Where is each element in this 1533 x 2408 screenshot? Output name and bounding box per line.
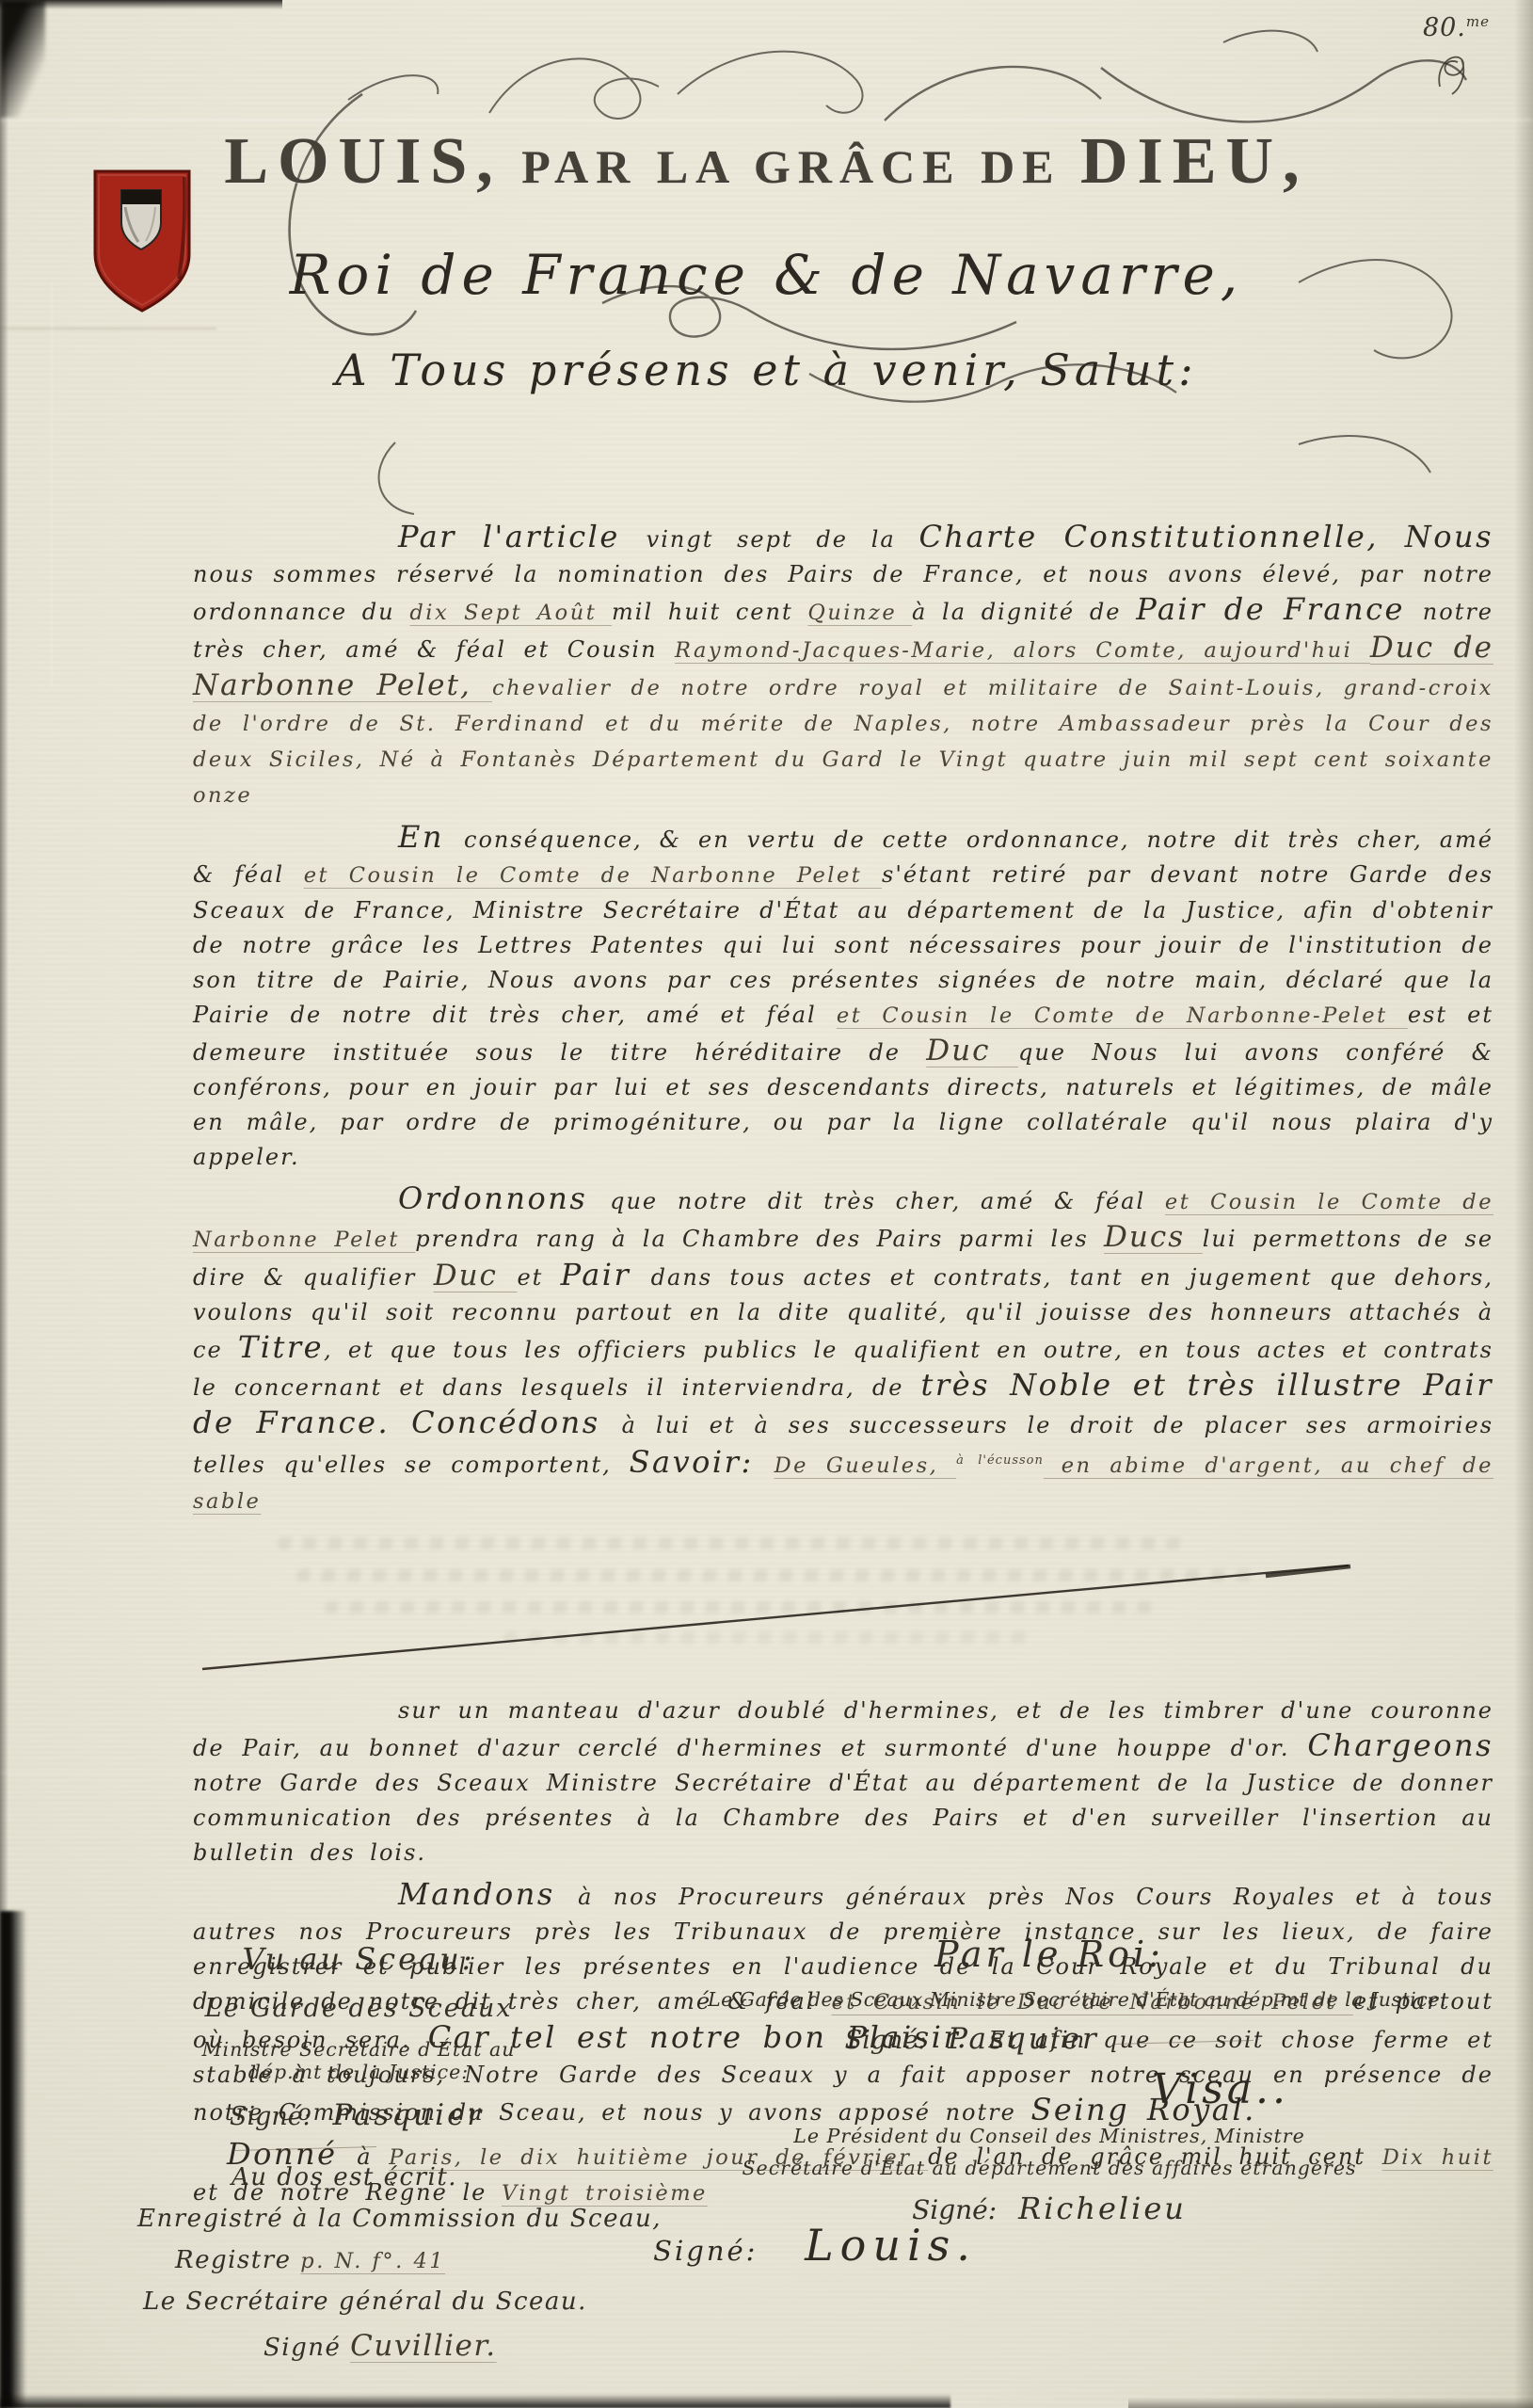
signe-label: Signé: xyxy=(230,2102,311,2131)
paragraph-manteau: sur un manteau d'azur doublé d'hermines,… xyxy=(193,1694,1493,1870)
vu-au-sceau-heading: Vu au Sceau: xyxy=(186,1941,531,1977)
paragraph-charte: Par l'article vingt sept de la Charte Co… xyxy=(193,520,1493,813)
au-dos-line: Au dos est écrit. xyxy=(120,2163,704,2191)
signature-name: Richelieu xyxy=(1018,2191,1187,2226)
signe-label: Signé: xyxy=(912,2194,997,2225)
royal-style-line: Roi de France & de Navarre, xyxy=(0,243,1533,307)
king-signature-name: Louis. xyxy=(805,2220,977,2271)
signature-flourish xyxy=(235,2146,376,2151)
king-attestation-block: Par le Roi: Le Garde des Sceaux Ministre… xyxy=(708,1934,1391,2226)
secretaire-general-line: Le Secrétaire général du Sceau. xyxy=(120,2288,704,2316)
paragraph-consequence: En conséquence, & en vertu de cette ordo… xyxy=(193,820,1493,1175)
cuvillier-signature: Signé Cuvillier. xyxy=(120,2329,704,2363)
registry-block: Au dos est écrit. Enregistré à la Commis… xyxy=(120,2163,704,2376)
garde-des-sceaux-line: Le Garde des Sceaux xyxy=(186,1994,531,2023)
president-line-2: Secrétaire d'État au département des aff… xyxy=(708,2157,1391,2179)
signature-name: Pasquier xyxy=(948,2022,1099,2056)
scan-edge-left-bottom xyxy=(0,1911,26,2408)
par-le-roi-heading: Par le Roi: xyxy=(708,1934,1391,1975)
salutation-line: A Tous présens et à venir, Salut: xyxy=(0,345,1533,395)
pasquier-signature: Signé: Pasquier xyxy=(186,2098,531,2161)
signature-flourish xyxy=(1112,2040,1254,2045)
document-header: LOUIS, PAR LA GRÂCE DE DIEU, Roi de Fran… xyxy=(0,0,1533,395)
scan-edge-bottom xyxy=(0,2394,950,2408)
signe-label: Signé: xyxy=(845,2026,927,2055)
letters-patent-document: 80.me LOUIS, PAR LA GRÂCE DE DIEU, Roi d… xyxy=(0,0,1533,2408)
enregistre-line: Enregistré à la Commission du Sceau, xyxy=(120,2205,704,2233)
president-line-1: Le Président du Conseil des Ministres, M… xyxy=(708,2125,1391,2147)
coat-of-arms-shield xyxy=(87,166,198,318)
scan-edge-bottom-right xyxy=(1128,2398,1533,2408)
pasquier-signature: Signé: Pasquier xyxy=(708,2022,1391,2056)
ministre-line: Ministre Secrétaire d'État au dép.mt de … xyxy=(186,2038,531,2083)
signature-name: Pasquier xyxy=(332,2098,484,2132)
visa-heading: Visa.. xyxy=(708,2065,1391,2113)
paragraph-ordonnons: Ordonnons que notre dit très cher, amé &… xyxy=(193,1181,1493,1519)
richelieu-signature: Signé: Richelieu xyxy=(708,2191,1391,2226)
garde-des-sceaux-ministre-line: Le Garde des Sceaux Ministre Secrétaire … xyxy=(708,1988,1391,2011)
registre-line: Registre p. N. f°. 41 xyxy=(120,2246,704,2274)
seal-attestation-block: Vu au Sceau: Le Garde des Sceaux Ministr… xyxy=(186,1941,531,2161)
royal-title: LOUIS, PAR LA GRÂCE DE DIEU, xyxy=(0,124,1533,200)
pen-rule-line xyxy=(193,1526,1493,1688)
blank-gap xyxy=(193,1526,1493,1688)
